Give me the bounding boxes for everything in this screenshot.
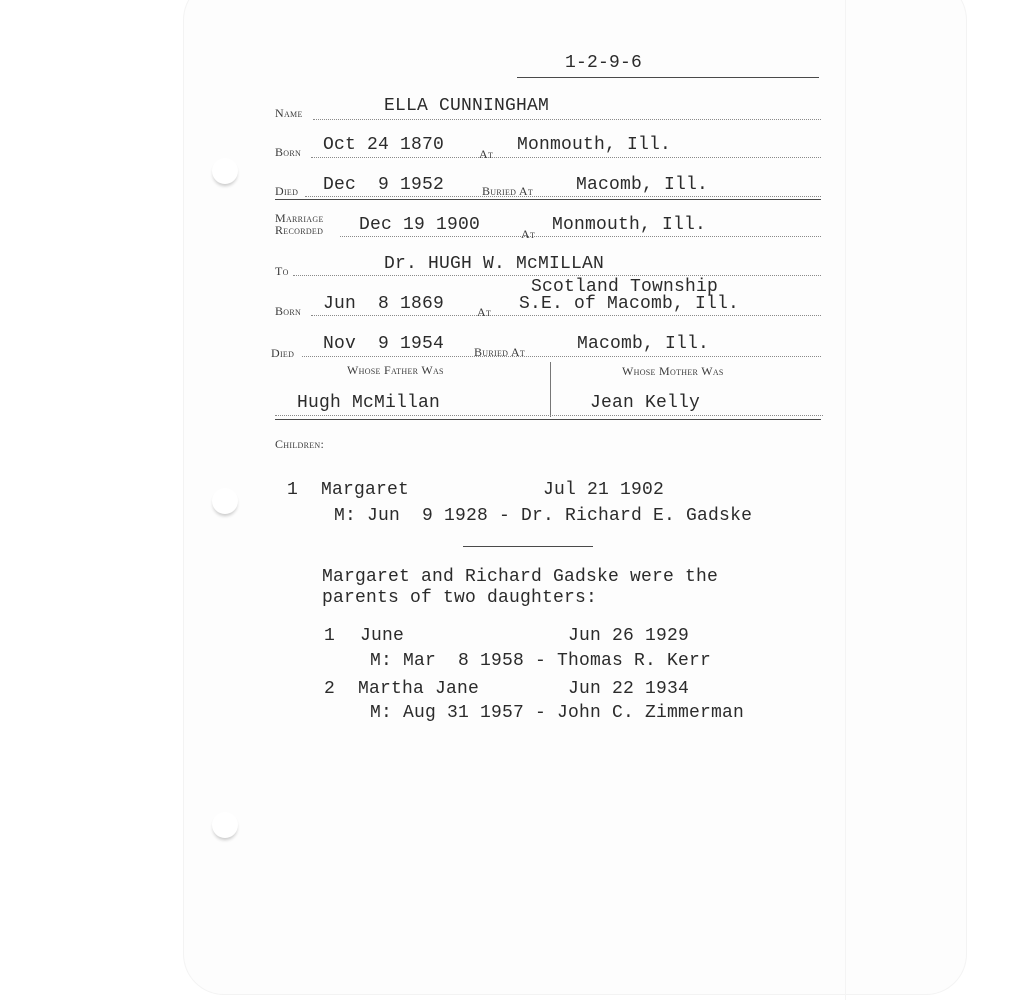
subject-buried-at: Macomb, Ill.	[576, 175, 708, 195]
name-rule	[313, 119, 821, 120]
spouse-born-at-label: At	[477, 305, 491, 320]
grandchild-number: 1	[324, 626, 335, 646]
grandchild-number: 2	[324, 679, 335, 699]
spouse-born-label: Born	[275, 304, 301, 319]
parents-rule	[275, 415, 823, 416]
buried-at-label: Buried At	[482, 184, 533, 199]
mother-label: Whose Mother Was	[622, 364, 724, 379]
died-rule-solid	[275, 199, 821, 200]
spouse-mother: Jean Kelly	[590, 393, 700, 413]
subject-born-date: Oct 24 1870	[323, 135, 444, 155]
punch-hole	[212, 158, 238, 184]
parents-rule-solid	[275, 419, 821, 420]
grandchild-born: Jun 22 1934	[568, 679, 689, 699]
child-number: 1	[287, 480, 298, 500]
spouse-died-date: Nov 9 1954	[323, 334, 444, 354]
spouse-born-rule	[311, 315, 821, 316]
section-divider	[463, 546, 593, 547]
child-name: Margaret	[321, 480, 409, 500]
subject-born-place: Monmouth, Ill.	[517, 135, 671, 155]
parents-divider	[550, 362, 551, 417]
child-marriage: M: Jun 9 1928 - Dr. Richard E. Gadske	[334, 506, 752, 526]
spouse-father: Hugh McMillan	[297, 393, 440, 413]
grandchild-marriage: M: Mar 8 1958 - Thomas R. Kerr	[370, 651, 711, 671]
spouse-born-place-line2: S.E. of Macomb, Ill.	[519, 294, 739, 314]
punch-hole	[212, 488, 238, 514]
file-number-rule	[517, 77, 819, 78]
born-rule	[311, 157, 821, 158]
children-label: Children:	[275, 437, 324, 452]
marriage-at-label: At	[521, 227, 535, 242]
subject-name: ELLA CUNNINGHAM	[384, 96, 549, 116]
grandchild-name: June	[360, 626, 404, 646]
to-rule	[293, 275, 821, 276]
grandchild-name: Martha Jane	[358, 679, 479, 699]
marriage-place: Monmouth, Ill.	[552, 215, 706, 235]
punch-hole	[212, 812, 238, 838]
marriage-label-line2: Recorded	[275, 225, 323, 236]
spouse-died-label: Died	[271, 346, 294, 361]
born-at-label: At	[479, 147, 493, 162]
card-edge	[845, 0, 846, 1000]
grandchild-marriage: M: Aug 31 1957 - John C. Zimmerman	[370, 703, 744, 723]
subject-died-date: Dec 9 1952	[323, 175, 444, 195]
spouse-born-date: Jun 8 1869	[323, 294, 444, 314]
grandchild-born: Jun 26 1929	[568, 626, 689, 646]
name-label: Name	[275, 106, 303, 121]
spouse-buried-at: Macomb, Ill.	[577, 334, 709, 354]
spouse-name: Dr. HUGH W. McMILLAN	[384, 254, 604, 274]
note-line-2: parents of two daughters:	[322, 588, 597, 608]
died-label: Died	[275, 184, 298, 199]
note-line-1: Margaret and Richard Gadske were the	[322, 567, 718, 587]
child-born: Jul 21 1902	[543, 480, 664, 500]
died-rule	[305, 196, 821, 197]
marriage-rule	[340, 236, 821, 237]
father-label: Whose Father Was	[347, 363, 444, 378]
born-label: Born	[275, 145, 301, 160]
spouse-died-rule	[302, 356, 821, 357]
marriage-date: Dec 19 1900	[359, 215, 480, 235]
file-number: 1-2-9-6	[565, 53, 642, 73]
spouse-buried-at-label: Buried At	[474, 345, 525, 360]
to-label: To	[275, 264, 289, 279]
